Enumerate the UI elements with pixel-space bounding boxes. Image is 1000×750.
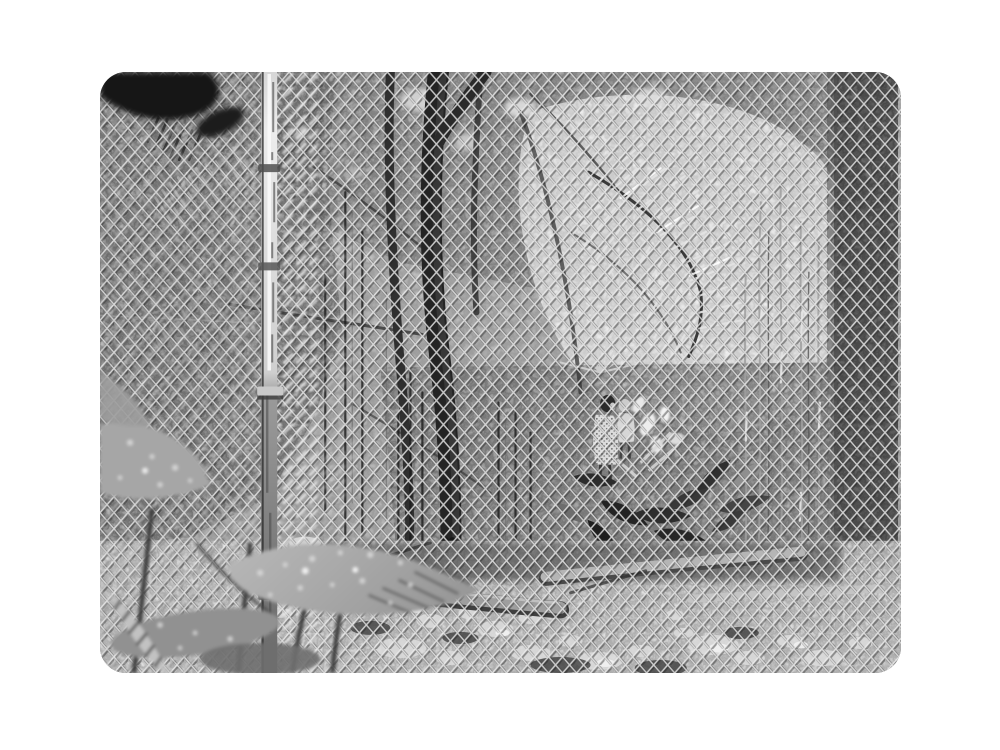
page-background: { "window": { "background_color": "#ffff… [0, 0, 1000, 750]
chain-link-fence [100, 72, 901, 673]
photo-canvas [100, 72, 901, 673]
jungle-photo [100, 72, 901, 673]
